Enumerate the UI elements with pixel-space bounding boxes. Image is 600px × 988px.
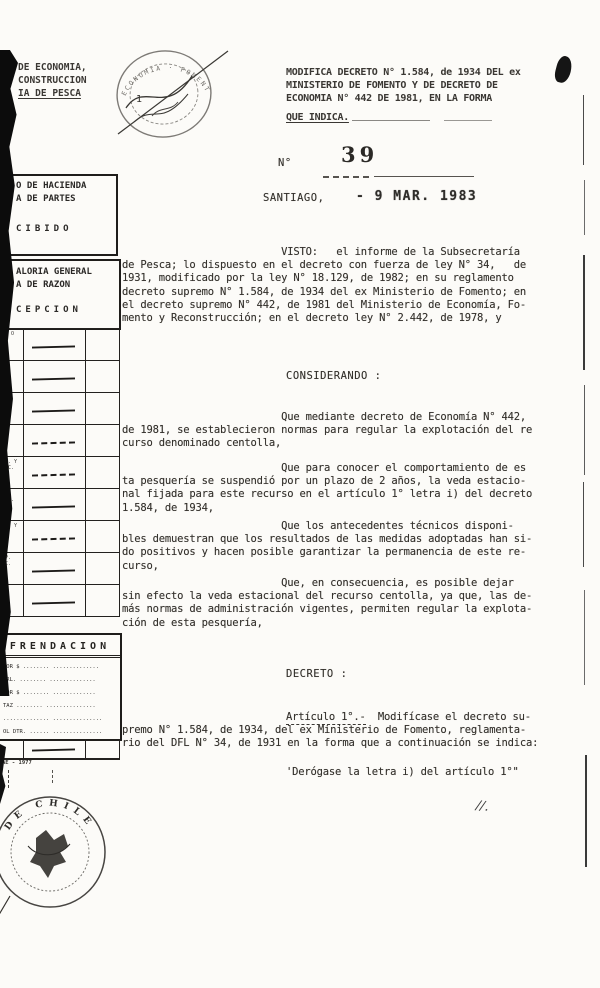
handwritten-page-mark: //. <box>475 798 490 815</box>
handwritten-check-mark <box>32 749 75 752</box>
subject-line: MINISTERIO DE FOMENTO Y DE DECRETO DE <box>286 79 571 92</box>
scanned-decree-page: DE ECONOMIA, CONSTRUCCION IA DE PESCA EC… <box>0 0 600 988</box>
handwritten-check-mark <box>32 473 75 476</box>
form-code: AE - 1977 <box>2 760 32 766</box>
routing-row-cell <box>86 425 119 456</box>
scan-line <box>583 255 585 370</box>
date-stamp: - 9 MAR. 1983 <box>356 189 477 204</box>
decree-subject-block: MODIFICA DECRETO N° 1.584, de 1934 DEL e… <box>286 66 571 124</box>
hacienda-box-line: O DE HACIENDA <box>16 181 86 191</box>
routing-row-mark-cell <box>24 361 86 392</box>
ministry-stamp-line: DE ECONOMIA, <box>18 61 87 74</box>
subject-line: QUE INDICA. <box>286 111 349 124</box>
seal-coat-of-arms <box>30 830 68 878</box>
routing-row-mark-cell <box>24 425 86 456</box>
handwritten-check-mark <box>32 345 75 348</box>
ministry-stamp-line: CONSTRUCCION <box>18 74 87 87</box>
routing-table: J. O EP. UI. AS EP. Y REC. EP. MII. <box>0 328 120 617</box>
routing-row: AS <box>0 425 119 457</box>
scan-line <box>585 755 587 867</box>
refrendacion-field: POR $ ........ .............. <box>3 661 118 674</box>
routing-row-cell <box>86 329 119 360</box>
quoted-modification-line: 'Derógase la letra i) del artículo 1°" <box>286 766 600 779</box>
ruled-dash <box>352 120 430 121</box>
routing-row-mark-cell <box>24 521 86 552</box>
routing-row-mark-cell <box>24 553 86 584</box>
routing-row-cell <box>86 489 119 520</box>
ruled-dash <box>444 120 492 121</box>
routing-row-mark-cell <box>24 457 86 488</box>
articulo-label: Artículo 1°.- <box>286 711 366 725</box>
routing-row-cell <box>86 739 119 758</box>
refrendacion-field: .............. ............... <box>3 713 118 726</box>
refrendacion-box: FRENDACION POR $ ........ ..............… <box>0 633 122 741</box>
refrendacion-field: OL DTR. ...... ............... <box>3 726 118 739</box>
round-ministry-stamp-icon: ECONOMIA · FOMENTO 1 <box>100 46 235 148</box>
routing-row-mark-cell <box>24 739 86 758</box>
articulo-line-1: Artículo 1°.- Modifícase el decreto su- <box>286 711 576 724</box>
routing-row <box>0 739 119 760</box>
routing-row-mark-cell <box>24 489 86 520</box>
handwritten-check-mark <box>32 537 75 540</box>
routing-row <box>0 585 119 617</box>
routing-row-mark-cell <box>24 585 86 616</box>
refrendacion-field: TAZ ........ ............... <box>3 700 118 713</box>
ministry-stamp-text: DE ECONOMIA, CONSTRUCCION IA DE PESCA <box>18 61 87 100</box>
decree-number: 39 <box>341 142 378 167</box>
handwritten-check-mark <box>32 601 75 604</box>
handwritten-check-mark <box>32 409 75 412</box>
seal-stray-line <box>0 896 10 930</box>
ministry-stamp-line: IA DE PESCA <box>18 87 87 100</box>
considerando-paragraph-1: Que mediante decreto de Economía N° 442,… <box>122 411 574 451</box>
routing-row-cell <box>86 521 119 552</box>
routing-row-cell <box>86 457 119 488</box>
routing-row-cell <box>86 393 119 424</box>
routing-row: EP. MII. <box>0 489 119 521</box>
contraloria-box: ALORIA GENERAL A DE RAZON CEPCION <box>0 259 121 330</box>
scan-line <box>584 590 585 685</box>
subject-line: ECONOMIA N° 442 DE 1981, EN LA FORMA <box>286 92 571 105</box>
handwritten-check-mark <box>32 569 75 572</box>
articulo-paragraph: premo N° 1.584, de 1934, del ex Minister… <box>122 724 574 750</box>
number-underline <box>374 176 474 177</box>
routing-row: EP. Y REC. <box>0 457 119 489</box>
visto-paragraph: VISTO: el informe de la Subsecretaría de… <box>122 246 574 325</box>
articulo-line1-rest: Modifícase el decreto su- <box>366 711 531 723</box>
handwritten-check-mark <box>32 441 75 444</box>
scan-line <box>583 95 584 165</box>
routing-row <box>0 361 119 393</box>
contraloria-box-line: A DE RAZON <box>16 280 70 290</box>
routing-row-mark-cell <box>24 393 86 424</box>
hacienda-box-line: CIBIDO <box>16 224 73 234</box>
considerando-heading: CONSIDERANDO : <box>286 370 382 382</box>
routing-row-cell <box>86 553 119 584</box>
contraloria-box-line: ALORIA GENERAL <box>16 267 92 277</box>
routing-row: EP. LC. <box>0 553 119 585</box>
routing-row-cell <box>86 361 119 392</box>
seal-arc-text: DE CHILE <box>3 799 96 833</box>
refrendacion-field: TRL. ........ .............. <box>3 674 118 687</box>
scan-line <box>584 385 585 475</box>
contraloria-box-line: CEPCION <box>16 305 82 315</box>
handwritten-check-mark <box>32 377 75 380</box>
number-underline <box>323 176 369 178</box>
scan-mark <box>52 770 53 783</box>
scan-line <box>583 482 584 567</box>
routing-table-footer <box>0 739 120 760</box>
routing-row: EP. UI. <box>0 393 119 425</box>
hacienda-received-box: O DE HACIENDA A DE PARTES CIBIDO <box>0 174 118 256</box>
routing-row-cell <box>86 585 119 616</box>
routing-row: J. O <box>0 329 119 361</box>
hacienda-box-line: A DE PARTES <box>16 194 76 204</box>
routing-row: AY. Y E. <box>0 521 119 553</box>
handwritten-check-mark <box>32 505 75 508</box>
scan-mark <box>8 770 9 788</box>
city-label: SANTIAGO, <box>263 192 324 204</box>
subject-line: MODIFICA DECRETO N° 1.584, de 1934 DEL e… <box>286 66 571 79</box>
stamp-handwritten-digit: 1 <box>136 94 142 105</box>
decreto-heading: DECRETO : <box>286 668 347 680</box>
svg-text:DE CHILE: DE CHILE <box>3 799 96 833</box>
scan-line <box>584 180 585 235</box>
refrendacion-title: FRENDACION <box>0 635 120 658</box>
number-label: N° <box>278 157 292 169</box>
chile-state-seal-icon: DE CHILE <box>0 788 136 938</box>
considerando-paragraph-4: Que, en consecuencia, es posible dejar s… <box>122 577 574 630</box>
considerando-paragraph-3: Que los antecedentes técnicos disponi- b… <box>122 520 574 573</box>
routing-row-mark-cell <box>24 329 86 360</box>
refrendacion-field: POR $ ........ ............. <box>3 687 118 700</box>
considerando-paragraph-2: Que para conocer el comportamiento de es… <box>122 462 574 515</box>
